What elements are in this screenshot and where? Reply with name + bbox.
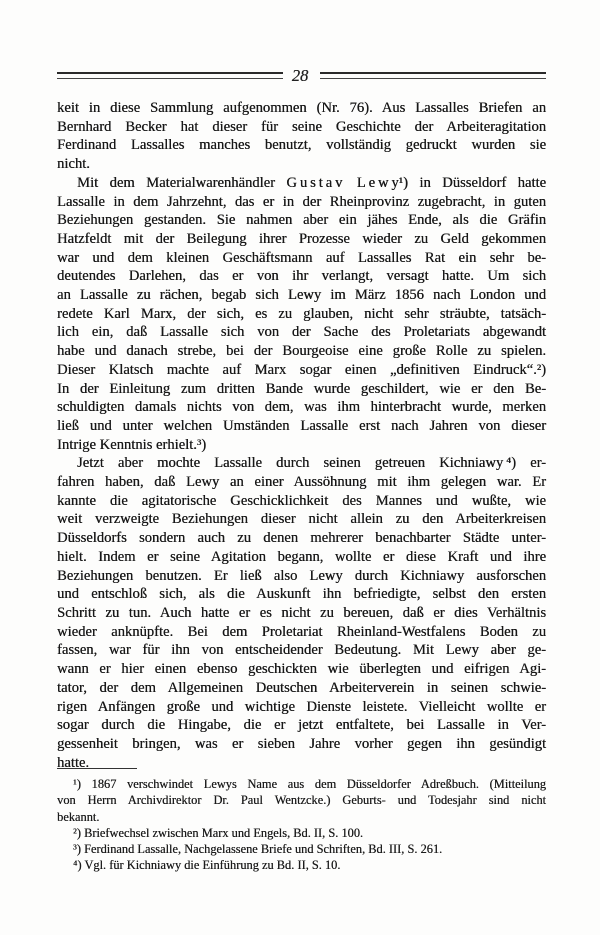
text-line: lich ein, daß Lassalle sich von der Sach… xyxy=(57,323,546,342)
text-line: Intrige Kenntnis erhielt.³) xyxy=(57,436,546,455)
header-rule-right xyxy=(320,72,546,79)
text-line: gessenheit bringen, was er sieben Jahre … xyxy=(57,735,546,754)
page-number: 28 xyxy=(283,68,321,85)
text-line: an Lassalle zu rächen, begab sich Lewy i… xyxy=(57,286,546,305)
footnote-line: ²) Briefwechsel zwischen Marx und Engels… xyxy=(57,825,546,841)
header-rule-left xyxy=(57,72,283,79)
text-line: Schritt zu tun. Auch hatte er es nicht z… xyxy=(57,604,546,623)
footnote-line: von Herrn Archivdirektor Dr. Paul Wentzc… xyxy=(57,792,546,808)
text-line: wann er hier einen ebenso geschickten wi… xyxy=(57,660,546,679)
footnotes: ¹) 1867 verschwindet Lewys Name aus dem … xyxy=(57,776,546,874)
text-line: kannte die agitatorische Geschicklichkei… xyxy=(57,492,546,511)
text-line: war und dem kleinen Geschäftsmann auf La… xyxy=(57,249,546,268)
text-line: fahren haben, daß Lewy an einer Aussöhnu… xyxy=(57,473,546,492)
text-line: und entschloß sich, als die Auskunft ihn… xyxy=(57,585,546,604)
text-line: tator, der dem Allgemeinen Deutschen Arb… xyxy=(57,679,546,698)
text-line: Dieser Klatsch machte auf Marx sogar ein… xyxy=(57,361,546,380)
body-text: keit in diese Sammlung aufgenommen (Nr. … xyxy=(57,99,546,772)
text-line: deutendes Darlehen, das er von ihr verla… xyxy=(57,267,546,286)
text-line: fassen, war für ihn von entscheidender B… xyxy=(57,641,546,660)
text-line: redete Karl Marx, der sich, es zu glaube… xyxy=(57,305,546,324)
book-page: 28 keit in diese Sammlung aufgenommen (N… xyxy=(0,0,600,935)
text-line: wieder anknüpfte. Bei dem Proletariat Rh… xyxy=(57,623,546,642)
text-line: schuldigten damals nichts von dem, was i… xyxy=(57,398,546,417)
footnote-line: ⁴) Vgl. für Kichniawy die Einführung zu … xyxy=(57,857,546,873)
text-line: weit verzweigte Beziehungen dieser nicht… xyxy=(57,510,546,529)
footnote-line: bekannt. xyxy=(57,809,546,825)
text-line: rigen Anfängen große und wichtige Dienst… xyxy=(57,698,546,717)
text-line: Beziehungen gestanden. Sie nahmen aber e… xyxy=(57,211,546,230)
text-line: In der Einleitung zum dritten Bande wurd… xyxy=(57,380,546,399)
text-line: Düsseldorfs sondern auch zu denen mehrer… xyxy=(57,529,546,548)
footnote-separator-rule xyxy=(57,768,137,769)
text-line: sogar durch die Hingabe, die er jetzt en… xyxy=(57,716,546,735)
text-line: hatte. xyxy=(57,754,546,773)
footnote-line: ¹) 1867 verschwindet Lewys Name aus dem … xyxy=(57,776,546,792)
text-line: Hatzfeldt mit der Beilegung ihrer Prozes… xyxy=(57,230,546,249)
footnote-line: ³) Ferdinand Lassalle, Nachgelassene Bri… xyxy=(57,841,546,857)
text-line: keit in diese Sammlung aufgenommen (Nr. … xyxy=(57,99,546,118)
text-line: Mit dem Materialwarenhändler G u s t a v… xyxy=(57,174,546,193)
text-line: hielt. Indem er seine Agitation begann, … xyxy=(57,548,546,567)
text-line: Beziehungen benutzen. Er ließ also Lewy … xyxy=(57,567,546,586)
text-line: Ferdinand Lassalles manches benutzt, vol… xyxy=(57,136,546,155)
text-line: nicht. xyxy=(57,155,546,174)
text-line: Jetzt aber mochte Lassalle durch seinen … xyxy=(57,454,546,473)
page-header: 28 xyxy=(57,66,546,85)
text-line: Bernhard Becker hat dieser für seine Ges… xyxy=(57,118,546,137)
text-line: habe und danach strebe, bei der Bourgeoi… xyxy=(57,342,546,361)
text-line: Lassalle in dem Jahrzehnt, das er in der… xyxy=(57,193,546,212)
text-line: ließ und unter welchen Umständen Lassall… xyxy=(57,417,546,436)
